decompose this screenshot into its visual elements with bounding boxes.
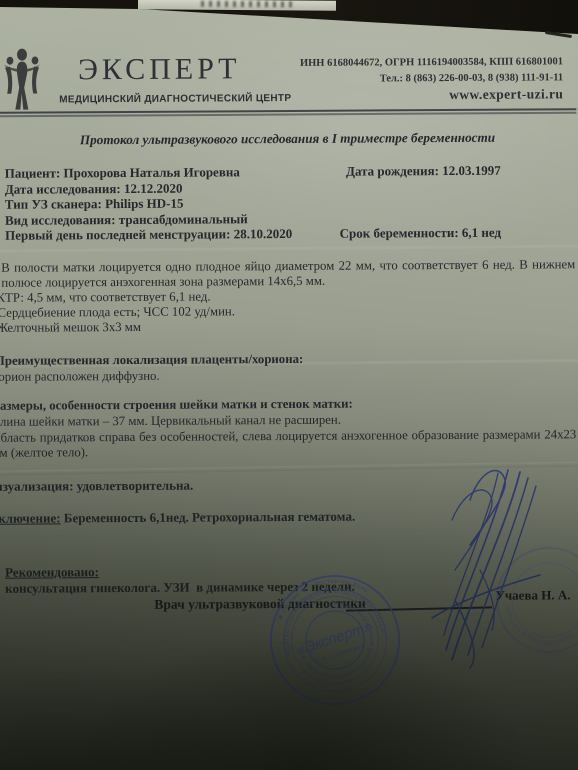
document-paper: ЭКСПЕРТ МЕДИЦИНСКИЙ ДИАГНОСТИЧЕСКИЙ ЦЕНТ…: [0, 0, 578, 770]
background-paper-edge: [138, 0, 336, 11]
field-value: трансабдоминальный: [119, 211, 248, 227]
placenta-section: Преимущественная локализация плаценты/хо…: [6, 350, 576, 384]
field-label: Дата исследования:: [5, 181, 121, 197]
field-label: Заключение:: [0, 510, 61, 525]
field-value: Беременность 6,1нед. Ретрохориальная гем…: [64, 509, 355, 526]
patient-row: Первый день последней менструации: 28.10…: [5, 225, 577, 244]
field-value: 28.10.2020: [234, 226, 293, 241]
company-ids: ИНН 6168044672, ОГРН 1116194003584, КПП …: [300, 54, 563, 72]
smudged-text-marks: [196, 1, 292, 8]
field-value: Прохорова Наталья Игоревна: [63, 164, 239, 180]
field-value: 12.12.2020: [124, 180, 183, 195]
field-label: Рекомендовано:: [5, 564, 99, 580]
field-label: Срок беременности:: [340, 225, 459, 241]
brand-subtitle: МЕДИЦИНСКИЙ ДИАГНОСТИЧЕСКИЙ ЦЕНТР: [59, 93, 291, 105]
handwritten-signature: [380, 450, 560, 678]
patient-block: Пациент: Прохорова Наталья Игоревна Дата…: [5, 162, 577, 243]
field-label: Визуализация:: [0, 478, 74, 494]
field-label: Пациент:: [5, 165, 61, 180]
field-label: Первый день последней менструации:: [5, 227, 230, 243]
page-title: Протокол ультразвукового исследования в …: [0, 129, 577, 149]
field-label: Дата рождения:: [346, 163, 439, 179]
brand-title: ЭКСПЕРТ: [78, 52, 241, 87]
field-value: Philips HD-15: [105, 196, 183, 211]
family-figure-icon: [4, 47, 62, 117]
field-label: Вид исследования:: [5, 212, 116, 228]
section-text: Хорион расположен диффузно.: [0, 366, 576, 385]
findings-block: В полости матки лоцируется одно плодное …: [5, 257, 575, 335]
field-value: 6,1 нед: [462, 225, 501, 240]
field-label: Тип УЗ сканера:: [5, 196, 102, 212]
conclusion-line: Заключение: Беременность 6,1нед. Ретрохо…: [0, 509, 355, 527]
visualization-line: Визуализация: удовлетворительна.: [0, 478, 193, 495]
field-value: удовлетворительна.: [77, 478, 194, 494]
photographed-document: ЭКСПЕРТ МЕДИЦИНСКИЙ ДИАГНОСТИЧЕСКИЙ ЦЕНТ…: [0, 0, 578, 770]
field-value: 12.03.1997: [442, 163, 501, 178]
header-divider: [0, 108, 576, 114]
company-phones: Тел.: 8 (863) 226-00-03, 8 (938) 111-91-…: [300, 70, 563, 88]
finding-yolk-sac: Желточный мешок 3х3 мм: [0, 317, 576, 336]
finding-gestational-sac: В полости матки лоцируется одно плодное …: [1, 257, 575, 291]
company-website: www.expert-uzi.ru: [300, 86, 563, 104]
header-contacts: ИНН 6168044672, ОГРН 1116194003584, КПП …: [300, 54, 563, 104]
